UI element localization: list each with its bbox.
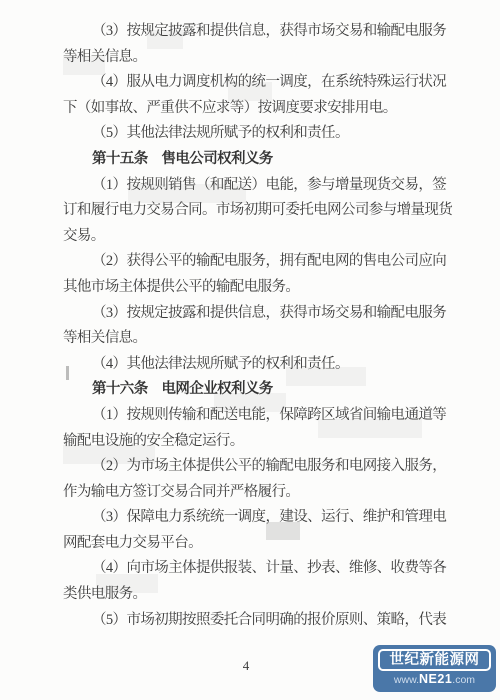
- text-line: （4）服从电力调度机构的统一调度，在系统特殊运行状况: [63, 70, 437, 96]
- text-line: 第十六条 电网企业权利义务: [63, 377, 437, 403]
- paragraph: （1）按规则传输和配送电能，保障跨区域省间输电通道等输配电设施的安全稳定运行。: [63, 403, 437, 454]
- text-line: （3）按规定披露和提供信息，获得市场交易和输配电服务: [63, 301, 437, 327]
- paragraph: （1）按规则销售（和配送）电能，参与增量现货交易，签订和履行电力交易合同。市场初…: [63, 173, 437, 250]
- paragraph: （3）按规定披露和提供信息，获得市场交易和输配电服务等相关信息。: [63, 19, 437, 70]
- paragraph: （5）市场初期按照委托合同明确的报价原则、策略，代表: [63, 608, 437, 634]
- text-line: （1）按规则销售（和配送）电能，参与增量现货交易，签: [63, 173, 437, 199]
- text-line: （4）其他法律法规所赋予的权利和责任。: [63, 352, 437, 378]
- paragraph: （3）保障电力系统统一调度，建设、运行、维护和管理电网配套电力交易平台。: [63, 505, 437, 556]
- text-line: （5）其他法律法规所赋予的权利和责任。: [63, 121, 437, 147]
- text-line: 输配电设施的安全稳定运行。: [63, 429, 437, 455]
- url-domain: NE21: [419, 672, 452, 686]
- text-line: （4）向市场主体提供报装、计量、抄表、维修、收费等各: [63, 556, 437, 582]
- paragraph: （3）按规定披露和提供信息，获得市场交易和输配电服务等相关信息。: [63, 301, 437, 352]
- scanned-document-page: （3）按规定披露和提供信息，获得市场交易和输配电服务等相关信息。（4）服从电力调…: [0, 0, 500, 700]
- text-line: 其他市场主体提供公平的输配电服务。: [63, 275, 437, 301]
- paragraph: （2）获得公平的输配电服务，拥有配电网的售电公司应向其他市场主体提供公平的输配电…: [63, 249, 437, 300]
- article-heading: 第十五条 售电公司权利义务: [63, 147, 437, 173]
- text-line: （5）市场初期按照委托合同明确的报价原则、策略，代表: [63, 608, 437, 634]
- paragraph: （5）其他法律法规所赋予的权利和责任。: [63, 121, 437, 147]
- url-prefix: www.: [394, 674, 419, 686]
- text-line: 下（如事故、严重供不应求等）按调度要求安排用电。: [63, 96, 437, 122]
- text-line: 类供电服务。: [63, 582, 437, 608]
- text-line: 网配套电力交易平台。: [63, 531, 437, 557]
- text-line: 订和履行电力交易合同。市场初期可委托电网公司参与增量现货: [63, 198, 437, 224]
- article-heading: 第十六条 电网企业权利义务: [63, 377, 437, 403]
- document-text-body: （3）按规定披露和提供信息，获得市场交易和输配电服务等相关信息。（4）服从电力调…: [63, 19, 437, 633]
- text-line: 作为输电方签订交易合同并严格履行。: [63, 480, 437, 506]
- text-line: （2）为市场主体提供公平的输配电服务和电网接入服务，: [63, 454, 437, 480]
- text-line: 等相关信息。: [63, 45, 437, 71]
- paragraph: （2）为市场主体提供公平的输配电服务和电网接入服务，作为输电方签订交易合同并严格…: [63, 454, 437, 505]
- url-suffix: .com: [452, 674, 475, 686]
- watermark-site-name: 世纪新能源网: [378, 649, 491, 671]
- text-line: （2）获得公平的输配电服务，拥有配电网的售电公司应向: [63, 249, 437, 275]
- text-line: （3）按规定披露和提供信息，获得市场交易和输配电服务: [63, 19, 437, 45]
- watermark-badge[interactable]: 世纪新能源网 www.NE21.com: [373, 645, 496, 692]
- paragraph: （4）其他法律法规所赋予的权利和责任。: [63, 352, 437, 378]
- text-line: （1）按规则传输和配送电能，保障跨区域省间输电通道等: [63, 403, 437, 429]
- text-line: 等相关信息。: [63, 326, 437, 352]
- text-line: （3）保障电力系统统一调度，建设、运行、维护和管理电: [63, 505, 437, 531]
- paragraph: （4）向市场主体提供报装、计量、抄表、维修、收费等各类供电服务。: [63, 556, 437, 607]
- text-line: 交易。: [63, 224, 437, 250]
- text-line: 第十五条 售电公司权利义务: [63, 147, 437, 173]
- watermark-site-url: www.NE21.com: [373, 672, 496, 687]
- paragraph: （4）服从电力调度机构的统一调度，在系统特殊运行状况下（如事故、严重供不应求等）…: [63, 70, 437, 121]
